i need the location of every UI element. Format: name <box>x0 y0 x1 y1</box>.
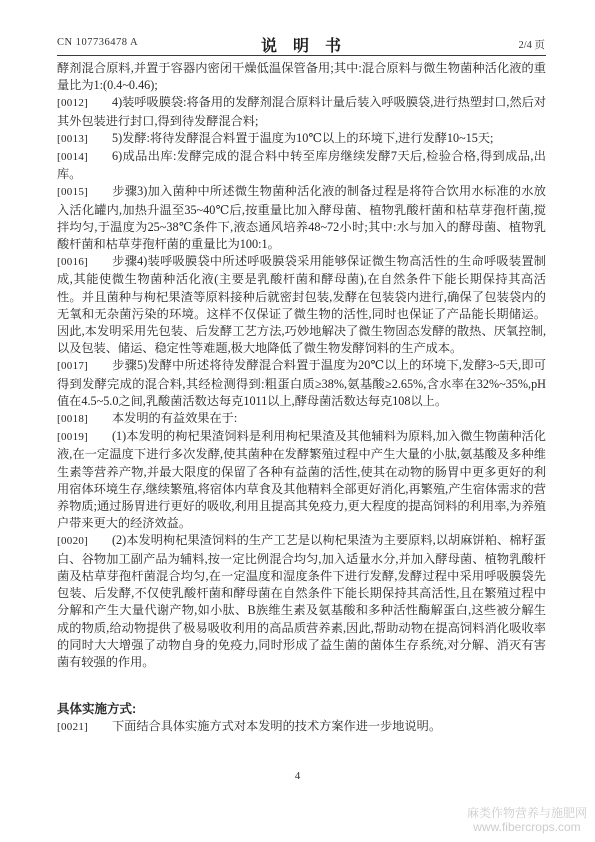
paragraph-text: 本发明的有益效果在于: <box>112 411 237 425</box>
paragraph-text: 6)成品出库:发酵完成的混合料中转至库房继续发酵7天后,检验合格,得到成品,出库… <box>57 149 546 181</box>
section-heading: 具体实施方式: <box>57 701 546 718</box>
paragraph: [0017]步骤5)发酵中所述将待发酵混合料置于温度为20℃以上的环境下,发酵3… <box>57 357 546 410</box>
paragraph: 酵剂混合原料,并置于容器内密闭干燥低温保管备用;其中:混合原料与微生物菌种活化液… <box>57 60 546 94</box>
header-rule <box>57 55 546 56</box>
paragraph-number: [0012] <box>57 95 99 112</box>
paragraph: [0013]5)发酵:将待发酵混合料置于温度为10℃以上的环境下,进行发酵10~… <box>57 130 546 148</box>
document-title-wrap: 说明书 <box>57 33 545 56</box>
paragraph: [0012]4)装呼吸膜袋:将备用的发酵剂混合原料计量后装入呼吸膜袋,进行热塑封… <box>57 94 546 129</box>
paragraph: [0019](1)本发明的枸杞果渣饲料是利用枸杞果渣及其他辅料为原料,加入微生物… <box>57 428 546 532</box>
paragraph-number: [0020] <box>57 533 99 550</box>
paragraph-text: 步骤4)装呼吸膜袋中所述呼吸膜袋采用能够保证微生物高活性的生命呼吸装置制成,其能… <box>57 254 546 355</box>
page-header: CN 107736478 A 说明书 2/4 页 <box>57 33 545 53</box>
page-indicator: 2/4 页 <box>518 37 545 52</box>
paragraph-text: 下面结合具体实施方式对本发明的技术方案作进一步地说明。 <box>112 719 441 733</box>
paragraph-number: [0017] <box>57 358 99 375</box>
paragraph-number: [0021] <box>57 719 99 736</box>
document-title: 说明书 <box>261 38 357 55</box>
page-number: 4 <box>0 770 595 782</box>
watermark-site-url: www.fibercrops.com <box>467 820 587 834</box>
paragraph-number: [0015] <box>57 184 99 201</box>
paragraph: [0016]步骤4)装呼吸膜袋中所述呼吸膜袋采用能够保证微生物高活性的生命呼吸装… <box>57 253 546 357</box>
paragraph-text: (1)本发明的枸杞果渣饲料是利用枸杞果渣及其他辅料为原料,加入微生物菌种活化液,… <box>57 429 546 530</box>
paragraph-text: 步骤5)发酵中所述将待发酵混合料置于温度为20℃以上的环境下,发酵3~5天,即可… <box>57 358 546 407</box>
paragraph-number: [0016] <box>57 254 99 271</box>
paragraph: [0015]步骤3)加入菌种中所述微生物菌种活化液的制备过程是将符合饮用水标准的… <box>57 183 546 253</box>
paragraph-number: [0018] <box>57 411 99 428</box>
paragraph-text: 步骤3)加入菌种中所述微生物菌种活化液的制备过程是将符合饮用水标准的水放入活化罐… <box>57 184 546 251</box>
paragraph-text: (2)本发明枸杞果渣饲料的生产工艺是以枸杞果渣为主要原料,以胡麻饼粕、棉籽蛋白、… <box>57 533 546 668</box>
patent-specification-page: CN 107736478 A 说明书 2/4 页 酵剂混合原料,并置于容器内密闭… <box>0 0 595 842</box>
paragraph: [0018]本发明的有益效果在于: <box>57 410 546 428</box>
paragraph-number: [0019] <box>57 429 99 446</box>
paragraph-text: 具体实施方式: <box>57 702 136 716</box>
paragraph: [0020](2)本发明枸杞果渣饲料的生产工艺是以枸杞果渣为主要原料,以胡麻饼粕… <box>57 532 546 671</box>
paragraph-text: 4)装呼吸膜袋:将备用的发酵剂混合原料计量后装入呼吸膜袋,进行热塑封口,然后对其… <box>57 95 546 127</box>
paragraph-number: [0014] <box>57 149 99 166</box>
paragraph: [0021]下面结合具体实施方式对本发明的技术方案作进一步地说明。 <box>57 718 546 736</box>
paragraph: [0014]6)成品出库:发酵完成的混合料中转至库房继续发酵7天后,检验合格,得… <box>57 148 546 183</box>
document-body: 酵剂混合原料,并置于容器内密闭干燥低温保管备用;其中:混合原料与微生物菌种活化液… <box>57 60 546 737</box>
paragraph-number: [0013] <box>57 131 99 148</box>
watermark-site-name: 麻类作物营养与施肥网 <box>467 806 587 820</box>
paragraph-text: 酵剂混合原料,并置于容器内密闭干燥低温保管备用;其中:混合原料与微生物菌种活化液… <box>57 61 546 92</box>
watermark: 麻类作物营养与施肥网 www.fibercrops.com <box>467 806 587 834</box>
paragraph-text: 5)发酵:将待发酵混合料置于温度为10℃以上的环境下,进行发酵10~15天; <box>112 131 493 145</box>
